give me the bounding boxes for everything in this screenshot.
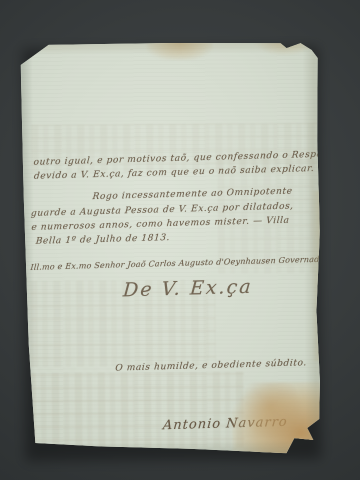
address-line: Ill.mo e Ex.mo Senhor Joaõ Carlos August… <box>30 255 321 272</box>
body-line: Rogo incessantemente ao Omnipotente <box>92 187 293 203</box>
valediction-line: O mais humilde, e obediente súbdito. <box>115 358 307 373</box>
courtesy-flourish: De V. Ex.ça <box>122 276 253 302</box>
letter-paper: outro igual, e por motivos taõ, que conf… <box>19 41 322 458</box>
letter-text: outro igual, e por motivos taõ, que conf… <box>19 41 322 458</box>
dateline: Bella 1º de Julho de 1813. <box>35 233 170 247</box>
signature: Antonio Navarro <box>162 415 288 434</box>
body-line: e numerosos annos, como havemos mister. … <box>31 216 290 233</box>
